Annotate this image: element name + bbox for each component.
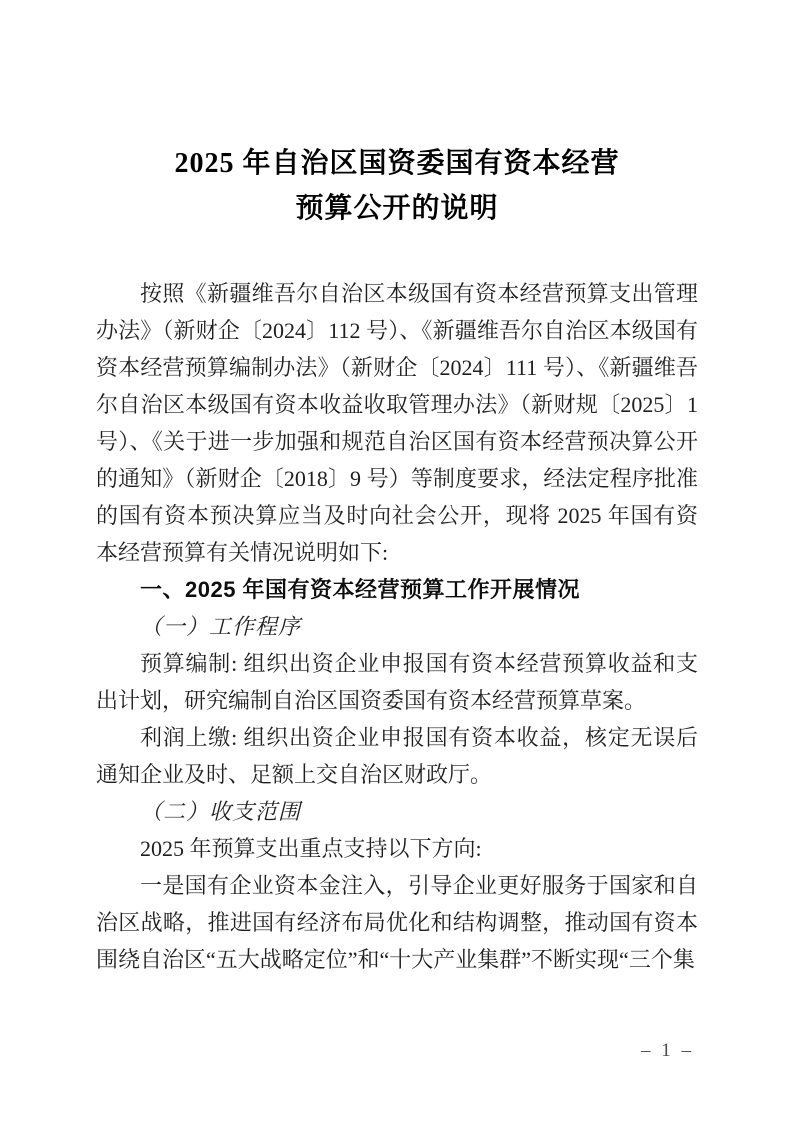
subsection-heading-work-procedure: （一）工作程序 bbox=[96, 608, 698, 645]
paragraph-budget-compilation: 预算编制: 组织出资企业申报国有资本经营预算收益和支出计划，研究编制自治区国资委… bbox=[96, 645, 698, 719]
paragraph-profit-remittance: 利润上缴: 组织出资企业申报国有资本收益，核定无误后通知企业及时、足额上交自治区… bbox=[96, 719, 698, 793]
page-number: – 1 – bbox=[641, 1040, 694, 1062]
section-heading-budget-work: 一、2025 年国有资本经营预算工作开展情况 bbox=[96, 571, 698, 608]
paragraph-intro-regulations: 按照《新疆维吾尔自治区本级国有资本经营预算支出管理办法》（新财企〔2024〕11… bbox=[96, 275, 698, 571]
document-content: 2025 年自治区国资委国有资本经营 预算公开的说明 按照《新疆维吾尔自治区本级… bbox=[96, 0, 698, 978]
document-title: 2025 年自治区国资委国有资本经营 预算公开的说明 bbox=[96, 141, 698, 231]
title-line-1: 2025 年自治区国资委国有资本经营 bbox=[96, 141, 698, 186]
subsection-heading-revenue-expenditure-scope: （二）收支范围 bbox=[96, 793, 698, 830]
paragraph-direction-one-capital-injection: 一是国有企业资本金注入，引导企业更好服务于国家和自治区战略，推进国有经济布局优化… bbox=[96, 867, 698, 978]
document-page: 2025 年自治区国资委国有资本经营 预算公开的说明 按照《新疆维吾尔自治区本级… bbox=[0, 0, 793, 1122]
paragraph-support-directions: 2025 年预算支出重点支持以下方向: bbox=[96, 830, 698, 867]
title-line-2: 预算公开的说明 bbox=[96, 186, 698, 231]
